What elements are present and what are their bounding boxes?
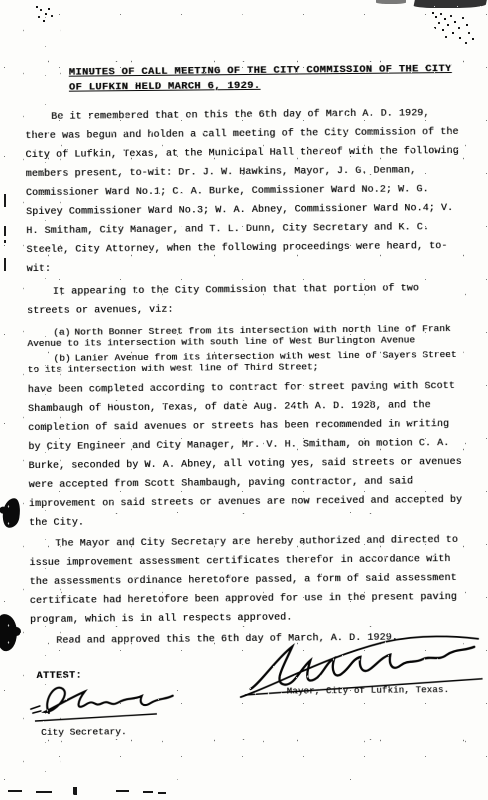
- street-item-a: (a)North Bonner Street from its intersec…: [27, 323, 465, 349]
- margin-tick-mark-3: [4, 258, 6, 271]
- street-item-b-text: Lanier Avenue from its intersection with…: [28, 349, 457, 375]
- bottom-edge-mark-6: [158, 792, 166, 794]
- speckle-cluster-top-right: [432, 12, 434, 14]
- bottom-edge-mark-1: [8, 790, 22, 792]
- bottom-edge-mark-4: [116, 790, 129, 792]
- street-item-b: (b)Lanier Avenue from its intersection w…: [27, 349, 465, 375]
- margin-tick-mark-1: [4, 194, 6, 207]
- signature-block: ATTEST: City Secretary. Mayor, City of L…: [30, 649, 469, 763]
- document-title-line-2: OF LUFKIN HELD MARCH 6, 1929.: [69, 77, 463, 96]
- scanned-document-page: MINUTES OF CALL MEETING OF THE CITY COMM…: [0, 0, 488, 800]
- street-item-a-label: (a): [53, 327, 70, 338]
- street-list: (a)North Bonner Street from its intersec…: [27, 323, 465, 375]
- bottom-edge-mark-2: [36, 791, 52, 793]
- paragraph-meeting-opening: Be it remembered that on this the 6th da…: [25, 104, 465, 279]
- ink-blot-left-margin-upper: [1, 497, 22, 529]
- secretary-title: City Secretary.: [41, 726, 127, 738]
- ink-smudge-top-edge-2: [376, 0, 406, 4]
- mayor-title: Mayor, City of Lufkin, Texas.: [287, 685, 450, 697]
- document-body: MINUTES OF CALL MEETING OF THE CITY COMM…: [25, 62, 470, 763]
- paragraph-streets-intro: It appearing to the City Commission that…: [27, 279, 465, 321]
- ink-blot-left-margin-lower: [0, 613, 19, 652]
- paragraph-paving-acceptance: have been completed according to contrac…: [28, 377, 467, 533]
- street-item-a-text: North Bonner Street from its intersectio…: [27, 323, 450, 349]
- ink-smudge-top-edge: [413, 0, 487, 8]
- bottom-edge-mark-5: [143, 791, 153, 793]
- document-title: MINUTES OF CALL MEETING OF THE CITY COMM…: [69, 62, 463, 96]
- margin-tick-mark-2: [4, 226, 6, 236]
- street-item-b-label: (b): [53, 353, 70, 364]
- secretary-signature: [29, 678, 189, 730]
- bottom-edge-mark-3: [73, 787, 77, 795]
- paragraph-assessment-certificates: The Mayor and City Secretary are hereby …: [29, 531, 468, 630]
- speckle-cluster-top-left: [36, 6, 38, 8]
